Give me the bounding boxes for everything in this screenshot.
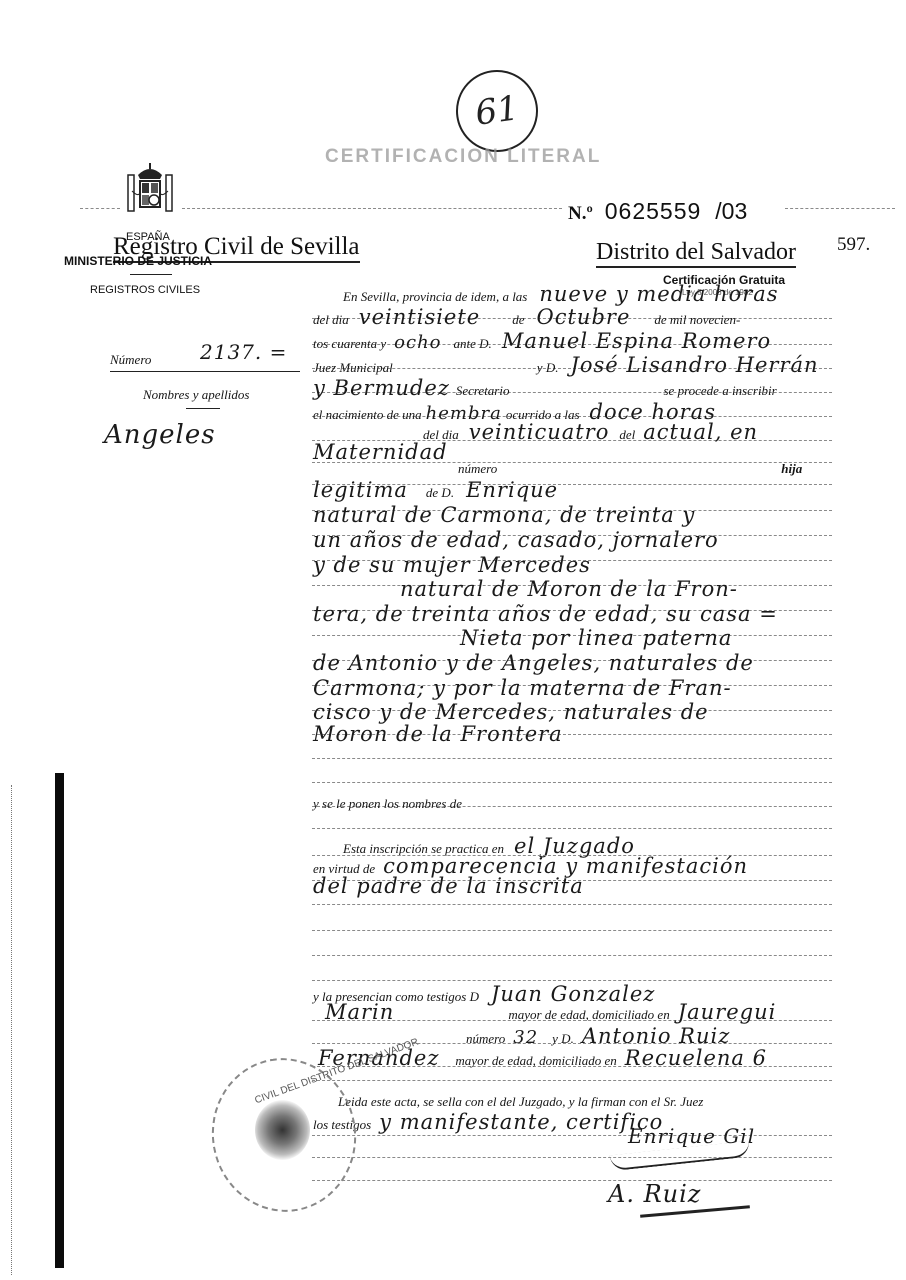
body-line-16: Nieta por linea paterna — [460, 626, 732, 650]
body-line-3: tos cuarenta y ocho ante D. Manuel Espin… — [313, 329, 771, 353]
body-line-10: legitima de D. Enrique — [313, 478, 558, 502]
page-number: 597. — [837, 234, 870, 256]
serial-number: N.º 0625559 /03 — [568, 198, 747, 225]
body-line-15: tera, de treinta años de edad, su casa = — [313, 602, 778, 626]
body-line-13: y de su mujer Mercedes — [313, 553, 591, 577]
signature-witness: A. Ruiz — [608, 1180, 701, 1208]
body-line-11: natural de Carmona, de treinta y — [313, 503, 695, 527]
body-line-17: de Antonio y de Angeles, naturales de — [313, 651, 754, 675]
closing-line-1: Leida este acta, se sella con el del Juz… — [338, 1094, 703, 1110]
witness1-line: Marin mayor de edad, domiciliado en Jaur… — [325, 1000, 776, 1024]
body-line-19: cisco y de Mercedes, naturales de — [313, 700, 709, 724]
witness2-intro-line: número 32 y D. Antonio Ruiz — [466, 1024, 730, 1048]
margin-number-value: 2137. = — [200, 340, 287, 364]
scan-edge-line — [11, 785, 12, 1275]
circled-page-annotation: 61 — [451, 65, 544, 158]
ministry-label: MINISTERIO DE JUSTICIA — [64, 254, 212, 268]
faded-certification-stamp: CERTIFICACION LITERAL — [325, 146, 601, 168]
seal-emblem-icon — [255, 1100, 310, 1160]
margin-names-label: Nombres y apellidos — [143, 387, 249, 403]
annotation-number: 61 — [473, 88, 521, 134]
body-line-20: Moron de la Frontera — [313, 722, 563, 746]
margin-names-value: Angeles — [104, 420, 216, 450]
body-line-18: Carmona; y por la materna de Fran- — [313, 676, 732, 700]
body-line-2: del dia veintisiete de Octubre de mil no… — [313, 305, 740, 329]
body-line-12: un años de edad, casado, jornalero — [313, 528, 719, 552]
names-line: y se le ponen los nombres de — [313, 796, 462, 812]
scan-edge-bar — [55, 773, 64, 1268]
body-line-4: Juez Municipal y D. José Lisandro Herrán — [313, 353, 819, 377]
body-line-5: y Bermudez Secretario se procede a inscr… — [313, 376, 777, 400]
body-line-1: En Sevilla, provincia de idem, a las nue… — [343, 282, 779, 306]
spain-coat-of-arms-icon — [120, 163, 180, 221]
district-title: Distrito del Salvador — [596, 238, 796, 268]
body-line-9: número hija — [458, 460, 802, 478]
body-line-14: natural de Moron de la Fron- — [400, 577, 738, 601]
closing-line-2: los testigos y manifestante, certifico — [313, 1110, 663, 1134]
body-line-8: Maternidad — [313, 440, 448, 464]
section-label: REGISTROS CIVILES — [90, 284, 200, 296]
virtue-line-2: del padre de la inscrita — [313, 874, 584, 898]
margin-number-label: Número — [110, 352, 151, 368]
